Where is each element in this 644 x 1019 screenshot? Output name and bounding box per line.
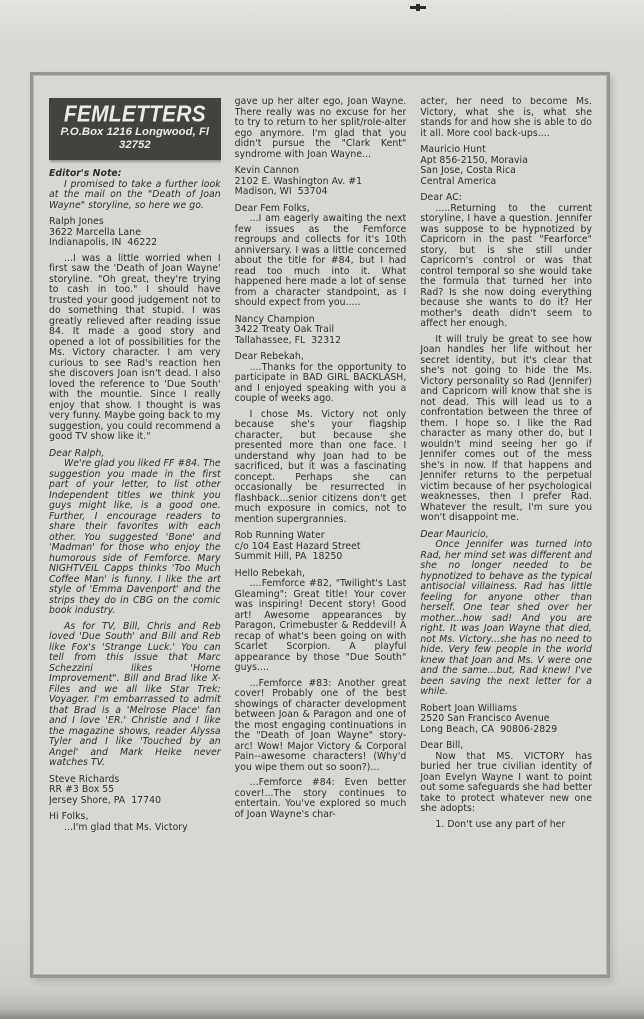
letter-paragraph: 1. Don't use any part of her	[420, 820, 592, 831]
address-line: 2520 San Francisco Avenue	[420, 714, 592, 725]
letter-paragraph: It will truly be great to see how Joan h…	[420, 335, 592, 524]
letter-paragraph: As for TV, Bill, Chris and Reb loved 'Du…	[49, 622, 221, 769]
femletters-logo-title: FEMLETTERS	[52, 103, 218, 127]
letters-column-1: FEMLETTERS P.O.Box 1216 Longwood, Fl 327…	[49, 97, 221, 955]
sender-address: Mauricio HuntApt 856-2150, MoraviaSan Jo…	[420, 145, 592, 187]
scanned-letters-page: FEMLETTERS P.O.Box 1216 Longwood, Fl 327…	[0, 0, 644, 1019]
sender-address: Steve RichardsRR #3 Box 55Jersey Shore, …	[49, 775, 221, 807]
letter-salutation: Dear Bill,	[420, 741, 592, 752]
letter-paragraph: gave up her alter ego, Joan Wayne. There…	[235, 97, 407, 160]
address-line: San Jose, Costa Rica	[420, 166, 592, 177]
sender-address: Kevin Cannon2102 E. Washington Av. #1Mad…	[235, 166, 407, 198]
letter-paragraph: ....Thanks for the opportunity to partic…	[235, 363, 407, 405]
sender-address: Robert Joan Williams2520 San Francisco A…	[420, 704, 592, 736]
letter-paragraph: ...I am eagerly awaiting the next few is…	[235, 214, 407, 309]
letter-paragraph: acter, her need to become Ms. Victory, w…	[420, 97, 592, 139]
letter-paragraph: Now that MS. VICTORY has buried her true…	[420, 752, 592, 815]
letters-frame: FEMLETTERS P.O.Box 1216 Longwood, Fl 327…	[30, 72, 610, 978]
letter-paragraph: ....Femforce #82, "Twilight's Last Gleam…	[235, 579, 407, 674]
letter-paragraph: ...Femforce #83: Another great cover! Pr…	[235, 679, 407, 774]
letter-paragraph: I chose Ms. Victory not only because she…	[235, 410, 407, 526]
address-line: Ralph Jones	[49, 217, 221, 228]
letter-salutation: Dear AC:	[420, 193, 592, 204]
address-line: Summit Hill, PA 18250	[235, 552, 407, 563]
address-line: Madison, WI 53704	[235, 187, 407, 198]
sender-address: Rob Running Waterc/o 104 East Hazard Str…	[235, 531, 407, 563]
scan-bottom-shadow	[0, 1009, 644, 1019]
femletters-logo-address: P.O.Box 1216 Longwood, Fl	[52, 126, 218, 139]
letter-salutation: Hi Folks,	[49, 812, 221, 823]
sender-address: Nancy Champion3422 Treaty Oak TrailTalla…	[235, 315, 407, 347]
letter-paragraph: .....Returning to the current storyline,…	[420, 204, 592, 330]
address-line: Kevin Cannon	[235, 166, 407, 177]
letter-paragraph: Once Jennifer was turned into Rad, her m…	[420, 540, 592, 698]
registration-mark	[410, 6, 426, 9]
address-line: Mauricio Hunt	[420, 145, 592, 156]
sender-address: Ralph Jones3622 Marcella LaneIndianapoli…	[49, 217, 221, 249]
letter-paragraph: ...I'm glad that Ms. Victory	[49, 823, 221, 834]
letter-salutation: Dear Rebekah,	[235, 352, 407, 363]
femletters-logo: FEMLETTERS P.O.Box 1216 Longwood, Fl 327…	[49, 98, 221, 160]
letter-paragraph: ...Femforce #84: Even better cover!...Th…	[235, 778, 407, 820]
address-line: Long Beach, CA 90806-2829	[420, 725, 592, 736]
letters-column-2: gave up her alter ego, Joan Wayne. There…	[235, 97, 407, 955]
letter-paragraph: I promised to take a further look at the…	[49, 180, 221, 212]
letters-column-3: acter, her need to become Ms. Victory, w…	[420, 97, 592, 955]
editors-note-heading: Editor's Note:	[49, 169, 221, 180]
address-line: Tallahassee, FL 32312	[235, 336, 407, 347]
address-line: Jersey Shore, PA 17740	[49, 796, 221, 807]
address-line: Rob Running Water	[235, 531, 407, 542]
address-line: Central America	[420, 177, 592, 188]
address-line: RR #3 Box 55	[49, 785, 221, 796]
letter-paragraph: ...I was a little worried when I first s…	[49, 254, 221, 443]
letter-paragraph: We're glad you liked FF #84. The suggest…	[49, 459, 221, 617]
address-line: Indianapolis, IN 46222	[49, 238, 221, 249]
femletters-logo-zip: 32752	[52, 139, 218, 152]
address-line: 3422 Treaty Oak Trail	[235, 325, 407, 336]
